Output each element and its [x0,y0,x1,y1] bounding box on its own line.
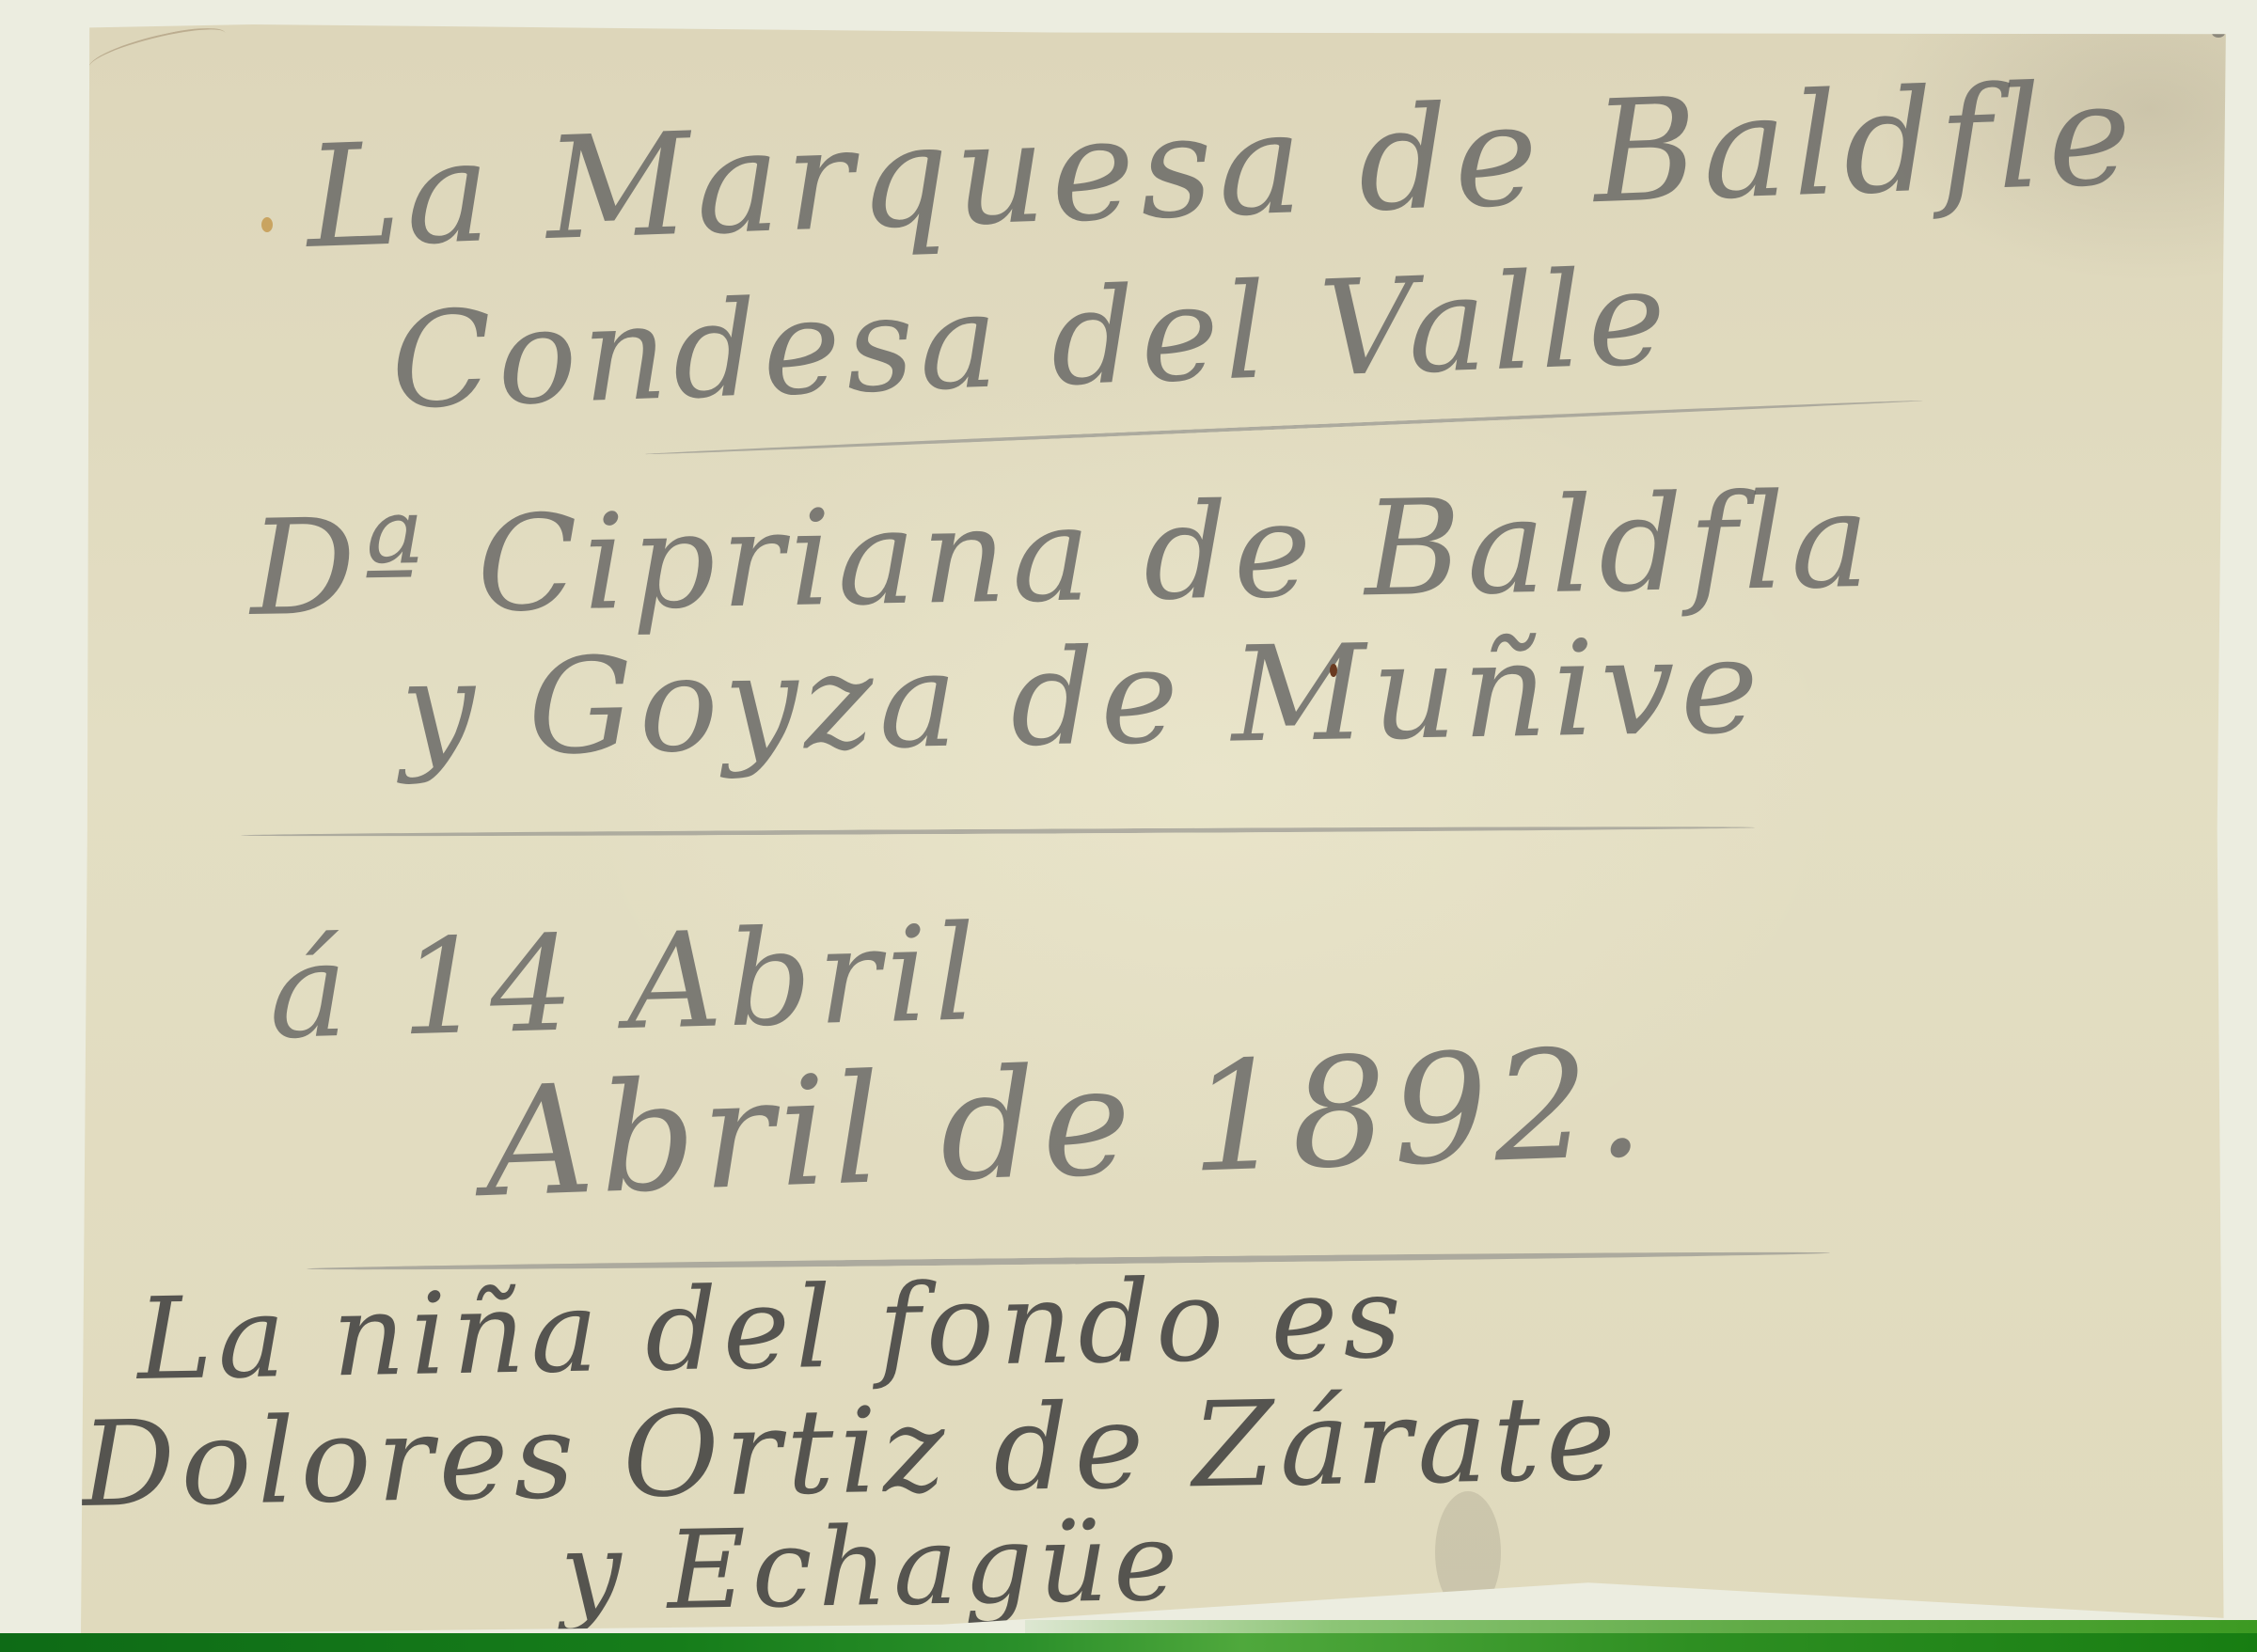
foxing-spot [261,217,273,232]
inscription-line-4: y Goyza de Muñive [400,621,1765,777]
note-line-3: y Echagüe [560,1508,1184,1628]
bottom-green-bar [0,1633,2257,1652]
date-line-2: Abril de 1892. [482,1028,1651,1219]
corner-smudge [2212,28,2225,38]
bottom-bar-highlight [1025,1620,2257,1633]
paper-crease [85,22,229,80]
inscription-line-2: Condesa del Valle [389,253,1674,429]
note-line-2: Dolores Ortiz de Zárate [80,1379,1622,1524]
divider-line-1 [241,826,1755,838]
inscription-line-1: La Marquesa de Baldfle [304,64,2139,269]
smudge [1435,1491,1501,1613]
date-line-1: á 14 Abril [267,908,983,1059]
document-paper: La Marquesa de Baldfle Condesa del Valle… [81,24,2234,1634]
foxing-spot [1330,664,1337,677]
